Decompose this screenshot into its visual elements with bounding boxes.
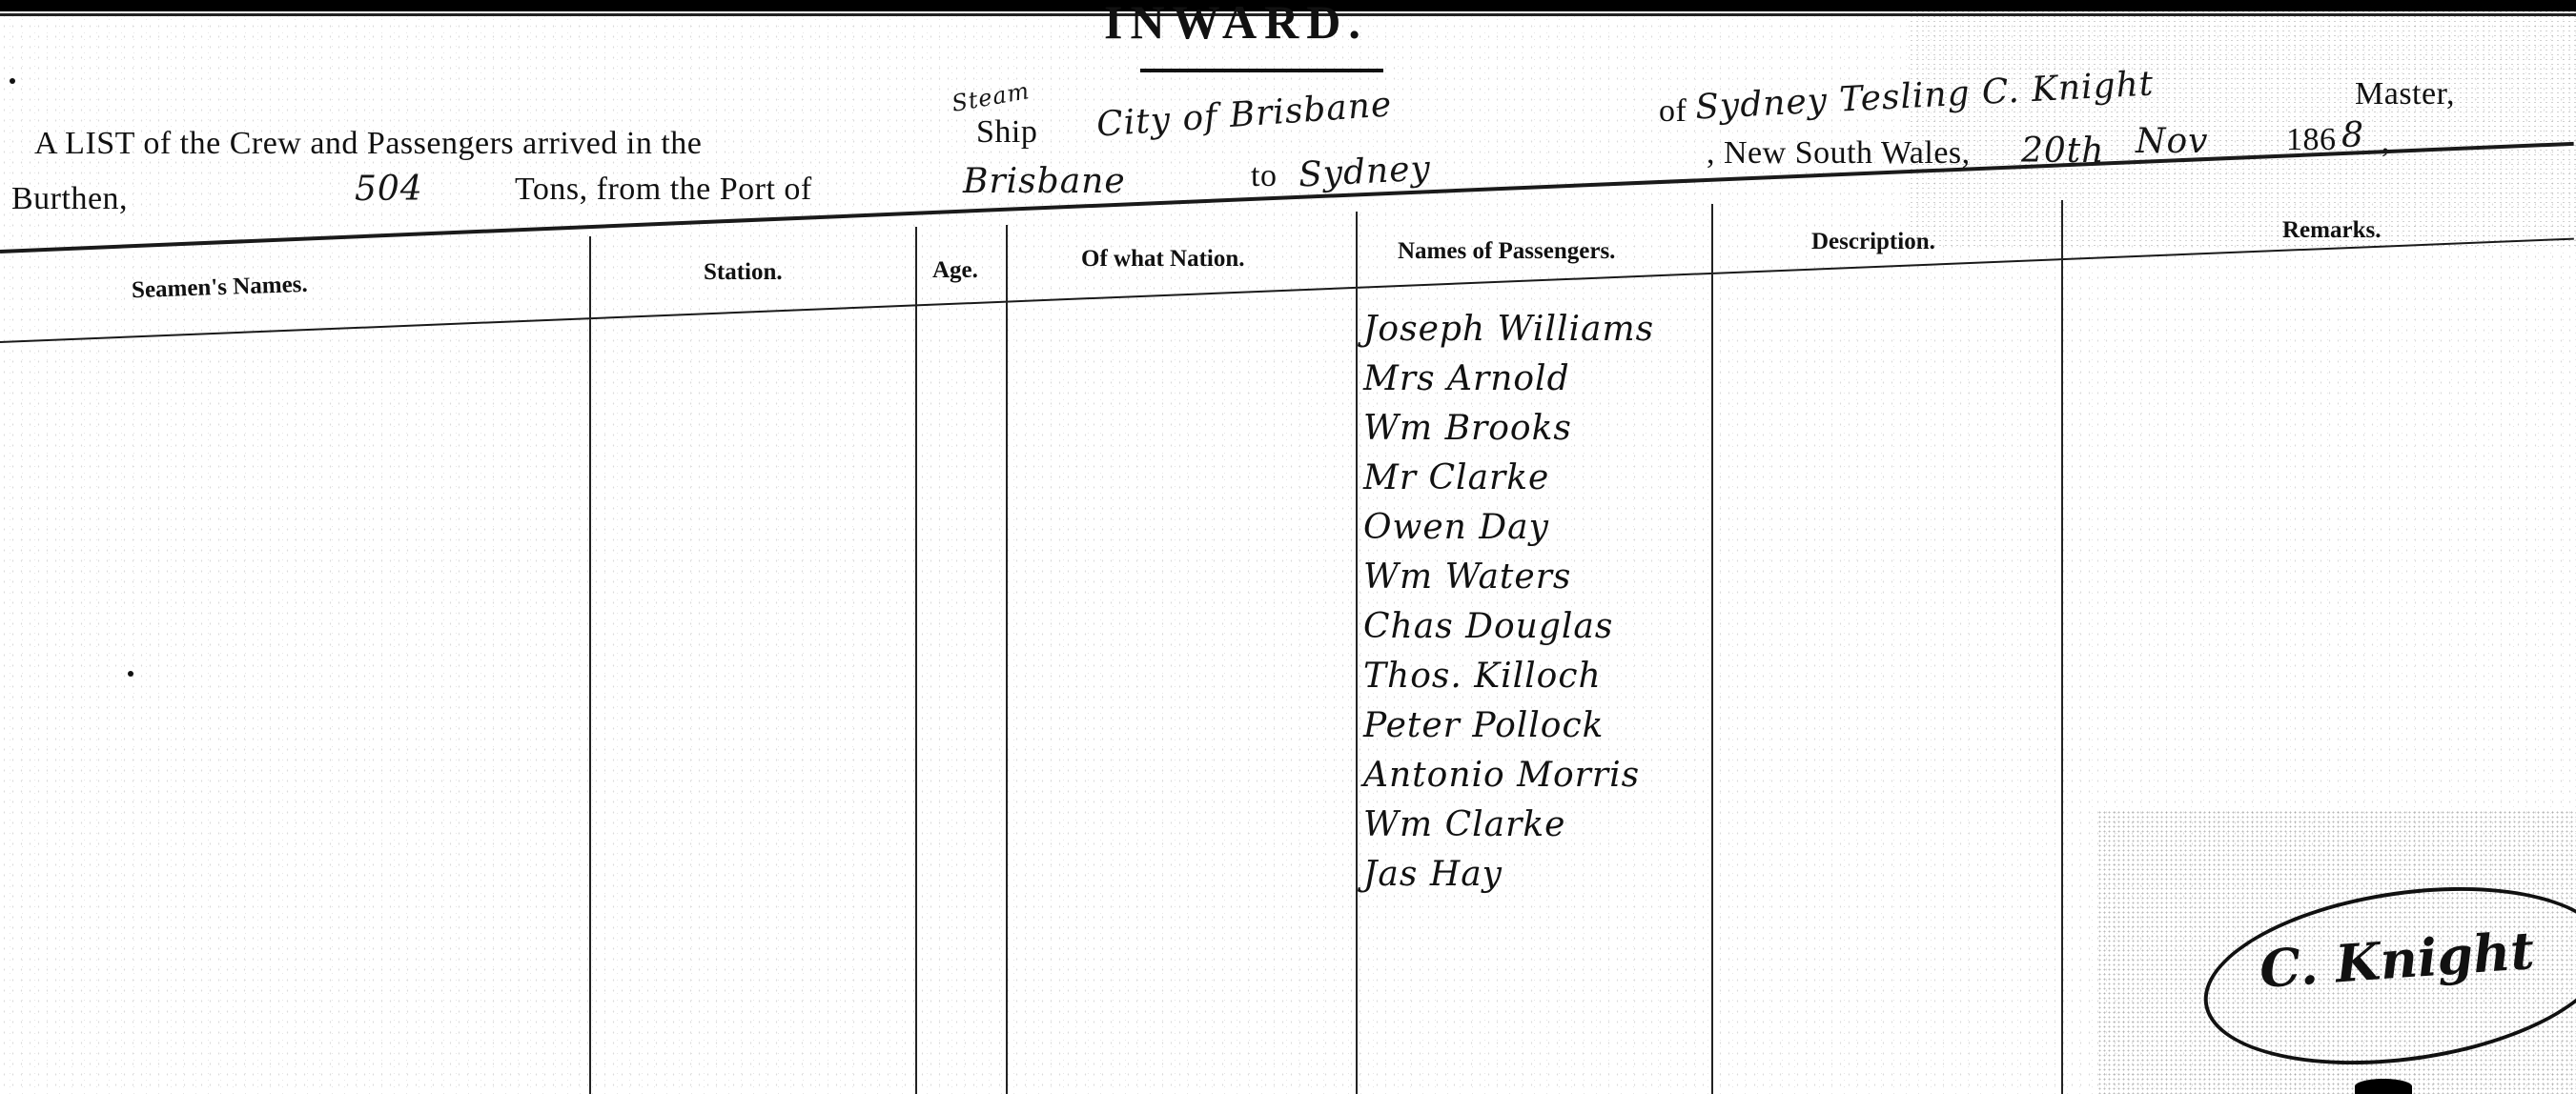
page-heading: INWARD.	[1104, 0, 1368, 50]
passenger-entry: Chas Douglas	[1363, 602, 1764, 652]
column-header-remarks: Remarks.	[2282, 217, 2381, 244]
passenger-entry: Wm Waters	[1363, 553, 1764, 602]
burthen-label: Burthen,	[11, 181, 128, 217]
from-port: Brisbane	[963, 162, 1126, 201]
paper-texture	[0, 0, 2576, 1094]
column-divider-2	[915, 227, 917, 1094]
column-header-nation: Of what Nation.	[1081, 246, 1245, 273]
date-month: Nov	[2136, 122, 2209, 161]
year-written: 8	[2341, 116, 2364, 155]
column-header-passenger-names: Names of Passengers.	[1398, 238, 1615, 265]
passenger-entry: Jas Hay	[1363, 850, 1764, 900]
line-trailing-comma: ,	[2382, 124, 2390, 160]
vessel-type-annotation: Steam	[950, 77, 1032, 117]
column-divider-3	[1006, 225, 1008, 1094]
passenger-list: Joseph Williams Mrs Arnold Wm Brooks Mr …	[1363, 305, 1764, 900]
column-divider-4	[1356, 212, 1358, 1094]
of-label: of	[1659, 93, 1687, 130]
passenger-entry: Mrs Arnold	[1363, 355, 1764, 404]
to-label: to	[1251, 158, 1277, 194]
master-label: Master,	[2355, 76, 2455, 112]
region-label: , New South Wales,	[1707, 135, 1971, 172]
ship-label: Ship	[976, 114, 1037, 151]
table-header-bottom-rule	[0, 238, 2574, 343]
ink-spot	[10, 78, 15, 84]
passenger-entry: Owen Day	[1363, 503, 1764, 553]
passenger-entry: Antonio Morris	[1363, 751, 1764, 800]
column-header-seamens-names: Seamen's Names.	[132, 272, 309, 304]
ship-name: City of Brisbane	[1095, 85, 1394, 145]
passenger-entry: Peter Pollock	[1363, 701, 1764, 751]
tonnage: 504	[355, 170, 423, 209]
passenger-entry: Wm Clarke	[1363, 800, 1764, 850]
intro-prefix: A LIST of the Crew and Passengers arrive…	[34, 126, 702, 162]
column-header-description: Description.	[1811, 229, 1935, 255]
column-divider-6	[2061, 200, 2063, 1094]
ink-spot	[128, 671, 133, 677]
port-of-registry-and-master: Sydney Tesling C. Knight	[1694, 64, 2155, 127]
passenger-entry: Mr Clarke	[1363, 454, 1764, 503]
passenger-entry: Wm Brooks	[1363, 404, 1764, 454]
passenger-entry: Thos. Killoch	[1363, 652, 1764, 701]
column-header-age: Age.	[932, 257, 978, 284]
passenger-entry: Joseph Williams	[1363, 305, 1764, 355]
to-port: Sydney	[1298, 149, 1432, 194]
tons-from-label: Tons, from the Port of	[515, 172, 812, 208]
column-divider-1	[589, 236, 591, 1094]
paper-texture-top-right	[1909, 0, 2576, 248]
column-header-station: Station.	[704, 259, 783, 286]
heading-underline	[1140, 69, 1383, 72]
ink-blot	[2355, 1079, 2412, 1094]
